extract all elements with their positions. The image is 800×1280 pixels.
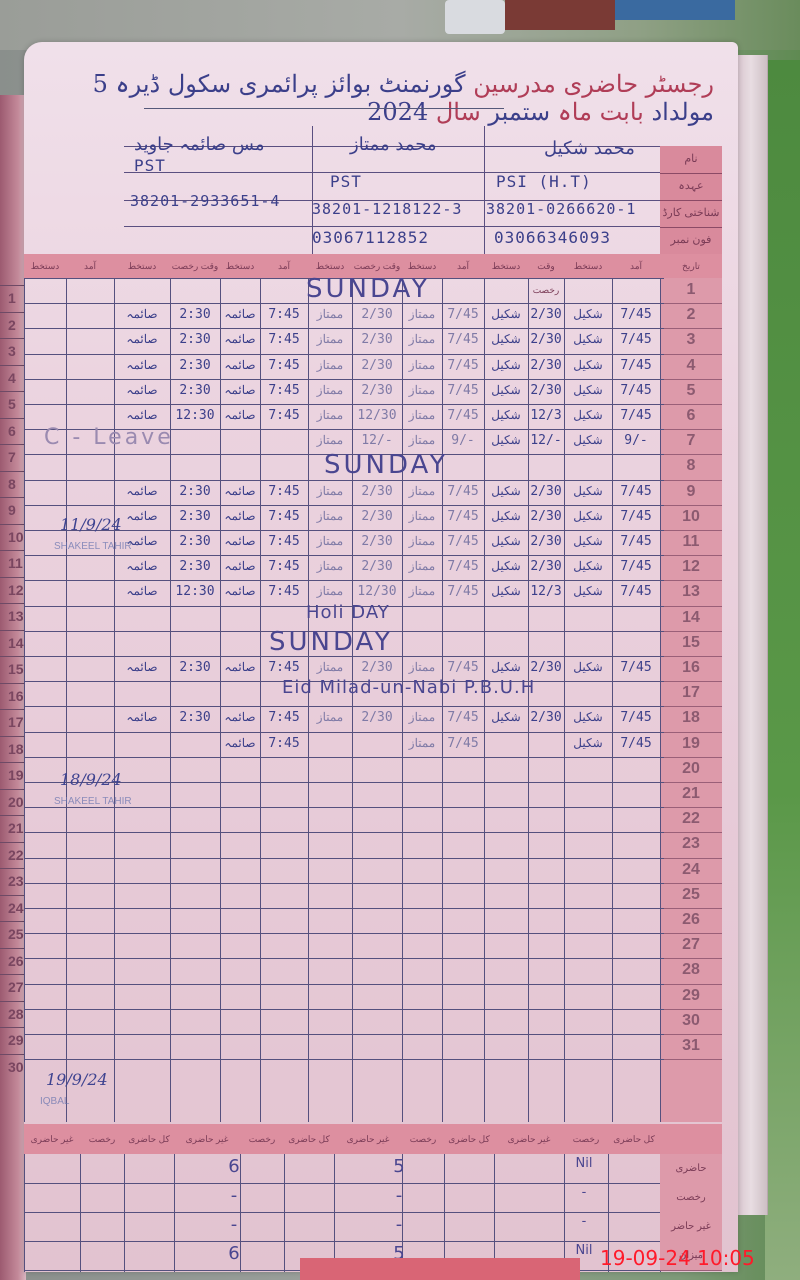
teacher-1-signature-out: شکیل xyxy=(484,307,528,321)
teacher-3-time-out: 2:30 xyxy=(170,307,220,322)
left-page-date: 13 xyxy=(8,608,24,624)
left-page-line xyxy=(0,497,26,498)
teacher-3-signature-in: صائمہ xyxy=(220,509,260,523)
date-cell: 8 xyxy=(660,457,722,475)
left-page-date: 29 xyxy=(8,1032,24,1048)
left-page-line xyxy=(0,762,26,763)
column-header: دستخط xyxy=(484,254,528,278)
date-cell: 15 xyxy=(660,634,722,652)
teacher-3-time-in: 7:45 xyxy=(260,332,308,347)
summary-column-line xyxy=(494,1154,495,1272)
date-row-line xyxy=(660,480,722,481)
left-page-line xyxy=(0,418,26,419)
teacher-2-cnic: 38201-1218122-3 xyxy=(312,200,462,218)
teacher-1-time-in: 9/- xyxy=(612,433,660,448)
teacher-3-time-out: 12:30 xyxy=(170,408,220,423)
grid-row-line xyxy=(24,832,664,833)
teacher-1-time-in: 7/45 xyxy=(612,509,660,524)
label-designation: عہدہ xyxy=(660,173,722,201)
column-header: آمد xyxy=(442,254,484,278)
teacher-2-time-in: 7/45 xyxy=(442,332,484,347)
date-row-line xyxy=(660,606,722,607)
date-row-line xyxy=(660,429,722,430)
c-leave-annotation: C - Leave xyxy=(44,425,174,450)
date-cell: 13 xyxy=(660,583,722,601)
teacher-2-signature-in: ممتاز xyxy=(402,484,442,498)
teacher-1-signature-in: شکیل xyxy=(564,484,612,498)
teacher-1-time-out: 2/30 xyxy=(528,534,564,549)
grid-row-line xyxy=(24,858,664,859)
teacher-1-time-in: 7/45 xyxy=(612,584,660,599)
grid-row-line xyxy=(24,807,664,808)
summary-column-line xyxy=(124,1154,125,1272)
date-row-line xyxy=(660,681,722,682)
teacher-3-time-out: 2:30 xyxy=(170,534,220,549)
teacher-3-signature-in: صائمہ xyxy=(220,559,260,573)
previous-page-edge: 1234567891011121314151617181920212223242… xyxy=(0,95,26,1280)
background-object xyxy=(615,0,735,20)
teacher-2-time-in: 9/- xyxy=(442,433,484,448)
sunday-annotation-15: SUNDAY xyxy=(269,627,393,657)
teacher-3-signature-out: صائمہ xyxy=(114,383,170,397)
title-year: 2024 xyxy=(367,98,428,126)
teacher-1-signature-out: شکیل xyxy=(484,433,528,447)
summary-header: غیر حاضریرخصتکل حاضریغیر حاضریرخصتکل حاض… xyxy=(24,1124,722,1154)
teacher-1-signature-in: شکیل xyxy=(564,584,612,598)
date-cell: 19 xyxy=(660,735,722,753)
teacher-2-signature-out: ممتاز xyxy=(308,358,352,372)
teacher-1-time-in: 7/45 xyxy=(612,736,660,751)
teacher-1-time-in: 7/45 xyxy=(612,332,660,347)
teacher-3-signature-in: صائمہ xyxy=(220,408,260,422)
teacher-2-time-in: 7/45 xyxy=(442,736,484,751)
register-title: رجسٹر حاضری مدرسین گورنمنٹ بوائز پرائمری… xyxy=(84,70,714,126)
date-row-line xyxy=(660,732,722,733)
date-cell: 21 xyxy=(660,785,722,803)
summary-value-teacher-1: - xyxy=(564,1185,604,1200)
teacher-2-time-in: 7/45 xyxy=(442,584,484,599)
teacher-3-time-out: 2:30 xyxy=(170,383,220,398)
summary-column-header: غیر حاضری xyxy=(494,1124,564,1154)
teacher-2-signature-in: ممتاز xyxy=(402,660,442,674)
date-row-line xyxy=(660,958,722,959)
teacher-2-signature-out: ممتاز xyxy=(308,509,352,523)
teacher-2-time-in: 7/45 xyxy=(442,559,484,574)
sunday-annotation-8: SUNDAY xyxy=(324,450,448,480)
teacher-3-time-in: 7:45 xyxy=(260,534,308,549)
teacher-3-signature-out: صائمہ xyxy=(114,307,170,321)
left-page-date: 9 xyxy=(8,502,16,518)
summary-column-header: رخصت xyxy=(80,1124,124,1154)
grid-row-line xyxy=(24,757,664,758)
teacher-2-time-in: 7/45 xyxy=(442,408,484,423)
summary-value-teacher-2: 5 xyxy=(379,1156,419,1177)
date-cell: 1 xyxy=(660,281,722,299)
date-row-line xyxy=(660,505,722,506)
date-cell: 16 xyxy=(660,659,722,677)
left-page-date: 16 xyxy=(8,688,24,704)
left-page-line xyxy=(0,577,26,578)
date-row-line xyxy=(660,1009,722,1010)
date-cell: 28 xyxy=(660,961,722,979)
teacher-1-time-in: 7/45 xyxy=(612,408,660,423)
left-page-date: 3 xyxy=(8,343,16,359)
teacher-3-time-out: 2:30 xyxy=(170,660,220,675)
teacher-3-signature-out: صائمہ xyxy=(114,559,170,573)
grid-row-line xyxy=(24,1034,664,1035)
teacher-1-time-out: 12/3 xyxy=(528,408,564,423)
teacher-2-time-out: 12/- xyxy=(352,433,402,448)
teacher-2-signature-in: ممتاز xyxy=(402,358,442,372)
summary-column-line xyxy=(444,1154,445,1272)
teacher-2-time-out: 2/30 xyxy=(352,332,402,347)
teacher-3-time-in: 7:45 xyxy=(260,307,308,322)
teacher-2-signature-out: ممتاز xyxy=(308,710,352,724)
summary-column-header: غیر حاضری xyxy=(334,1124,402,1154)
teacher-1-signature-out: شکیل xyxy=(484,584,528,598)
date-row-line xyxy=(660,757,722,758)
date-cell: 14 xyxy=(660,609,722,627)
title-year-label: سال xyxy=(436,98,481,126)
teacher-1-signature-in: شکیل xyxy=(564,307,612,321)
title-month-label: بابت ماہ xyxy=(558,98,644,126)
teacher-3-time-in: 7:45 xyxy=(260,584,308,599)
date-cell: 24 xyxy=(660,861,722,879)
eid-milad-annotation-17: Eid Milad-un-Nabi P.B.U.H xyxy=(282,677,535,698)
teacher-1-signature-out: شکیل xyxy=(484,710,528,724)
left-page-line xyxy=(0,974,26,975)
attendance-register-page: رجسٹر حاضری مدرسین گورنمنٹ بوائز پرائمری… xyxy=(24,42,738,1272)
summary-row-label: رخصت xyxy=(660,1183,722,1213)
teacher-3-signature-in: صائمہ xyxy=(220,660,260,674)
teacher-3-signature-in: صائمہ xyxy=(220,484,260,498)
summary-column-header: رخصت xyxy=(240,1124,284,1154)
teacher-3-time-in: 7:45 xyxy=(260,559,308,574)
teacher-1-signature-out: شکیل xyxy=(484,484,528,498)
left-page-date: 12 xyxy=(8,582,24,598)
summary-column-header: رخصت xyxy=(564,1124,608,1154)
date-row-line xyxy=(660,656,722,657)
date-cell: 22 xyxy=(660,810,722,828)
teacher-3-time-out: 2:30 xyxy=(170,559,220,574)
teacher-1-signature-out: شکیل xyxy=(484,358,528,372)
date-cell: 20 xyxy=(660,760,722,778)
date-cell: 30 xyxy=(660,1012,722,1030)
teacher-3-signature-in: صائمہ xyxy=(220,307,260,321)
teacher-3-signature-out: صائمہ xyxy=(114,509,170,523)
teacher-3-cnic: 38201-2933651-4 xyxy=(130,192,280,210)
date-row-line xyxy=(660,580,722,581)
summary-column-header: کل حاضری xyxy=(124,1124,174,1154)
left-page-date: 17 xyxy=(8,714,24,730)
teacher-2-time-in: 7/45 xyxy=(442,484,484,499)
teacher-1-time-out: 2/30 xyxy=(528,358,564,373)
holiday-annotation-14: Holi DAY xyxy=(306,602,390,623)
date-cell: 27 xyxy=(660,936,722,954)
date-cell: 10 xyxy=(660,508,722,526)
teacher-2-time-out: 2/30 xyxy=(352,484,402,499)
teacher-1-signature-in: شکیل xyxy=(564,332,612,346)
teacher-2-time-in: 7/45 xyxy=(442,383,484,398)
teacher-3-signature-out: صائمہ xyxy=(114,484,170,498)
teacher-3-signature-in: صائمہ xyxy=(220,332,260,346)
teacher-3-time-out: 2:30 xyxy=(170,332,220,347)
teacher-1-time-in: 7/45 xyxy=(612,710,660,725)
date-cell: 6 xyxy=(660,407,722,425)
left-page-date: 14 xyxy=(8,635,24,651)
teacher-3-signature-in: صائمہ xyxy=(220,534,260,548)
left-page-line xyxy=(0,1001,26,1002)
teacher-2-time-out: 12/30 xyxy=(352,408,402,423)
teacher-1-time-in: 7/45 xyxy=(612,484,660,499)
left-page-line xyxy=(0,895,26,896)
left-page-date: 7 xyxy=(8,449,16,465)
teacher-2-time-in: 7/45 xyxy=(442,710,484,725)
grid-row-line xyxy=(24,706,664,707)
date-cell: 26 xyxy=(660,911,722,929)
summary-column-line xyxy=(284,1154,285,1272)
left-page-date: 20 xyxy=(8,794,24,810)
column-header: دستخط xyxy=(220,254,260,278)
left-page-line xyxy=(0,550,26,551)
teacher-2-phone: 03067112852 xyxy=(312,228,429,247)
date-row-line xyxy=(660,706,722,707)
date-cell: 11 xyxy=(660,533,722,551)
teacher-1-time-out: 2/30 xyxy=(528,509,564,524)
column-header: وقت رخصت xyxy=(170,254,220,278)
title-printed: رجسٹر حاضری مدرسین xyxy=(473,70,714,98)
grid-row-line xyxy=(24,883,664,884)
date-row-line xyxy=(660,984,722,985)
summary-value-teacher-3: - xyxy=(214,1185,254,1206)
teacher-1-time-out: 2/30 xyxy=(528,332,564,347)
teacher-3-time-in: 7:45 xyxy=(260,710,308,725)
left-page-line xyxy=(0,736,26,737)
teacher-3-time-in: 7:45 xyxy=(260,660,308,675)
teacher-3-name: مس صائمہ جاوید xyxy=(134,134,265,155)
official-stamp: SHAKEEL TAHIR xyxy=(54,541,132,552)
supervisor-signature-date: 19/9/24 xyxy=(46,1070,108,1089)
teacher-2-signature-out: ممتاز xyxy=(308,332,352,346)
date-row-line xyxy=(660,530,722,531)
summary-row-label: غیر حاضر xyxy=(660,1212,722,1242)
label-phone: فون نمبر xyxy=(660,227,722,255)
date-cell: 9 xyxy=(660,483,722,501)
teacher-1-signature-out: شکیل xyxy=(484,383,528,397)
date-cell: 17 xyxy=(660,684,722,702)
label-cnic: شناختی کارڈ xyxy=(660,200,722,228)
teacher-1-time-in: 7/45 xyxy=(612,358,660,373)
summary-value-teacher-1: - xyxy=(564,1214,604,1229)
date-cell: 23 xyxy=(660,835,722,853)
date-cell: 2 xyxy=(660,306,722,324)
left-page-line xyxy=(0,868,26,869)
attendance-grid: 1234567891011121314151617181920212223242… xyxy=(24,278,722,1122)
teacher-2-time-in: 7/45 xyxy=(442,534,484,549)
teacher-3-signature-out: صائمہ xyxy=(114,358,170,372)
date-column: 1234567891011121314151617181920212223242… xyxy=(660,278,722,1122)
teacher-2-signature-in: ممتاز xyxy=(402,408,442,422)
teacher-3-time-out: 12:30 xyxy=(170,584,220,599)
teacher-1-time-out: 2/30 xyxy=(528,484,564,499)
teacher-2-signature-in: ممتاز xyxy=(402,433,442,447)
grid-row-line xyxy=(24,354,664,355)
date-row-line xyxy=(660,908,722,909)
grid-row-line xyxy=(24,958,664,959)
book-page-edges xyxy=(735,55,768,1215)
teacher-2-time-out: 2/30 xyxy=(352,358,402,373)
teacher-2-signature-out: ممتاز xyxy=(308,559,352,573)
teacher-1-signature-out: شکیل xyxy=(484,332,528,346)
grid-row-line xyxy=(24,1009,664,1010)
teacher-2-signature-out: ممتاز xyxy=(308,307,352,321)
teacher-2-time-out: 2/30 xyxy=(352,559,402,574)
teacher-3-signature-in: صائمہ xyxy=(220,584,260,598)
teacher-3-time-out: 2:30 xyxy=(170,710,220,725)
teacher-1-signature-out: شکیل xyxy=(484,559,528,573)
grid-row-line xyxy=(24,933,664,934)
left-page-line xyxy=(0,815,26,816)
left-page-line xyxy=(0,630,26,631)
summary-row-line xyxy=(24,1183,664,1184)
summary-value-teacher-3: 6 xyxy=(214,1156,254,1177)
teacher-3-signature-out: صائمہ xyxy=(114,408,170,422)
teacher-2-time-out: 2/30 xyxy=(352,660,402,675)
summary-column-line xyxy=(334,1154,335,1272)
summary-value-teacher-2: - xyxy=(379,1185,419,1206)
teacher-2-signature-in: ممتاز xyxy=(402,534,442,548)
teacher-2-signature-in: ممتاز xyxy=(402,509,442,523)
grid-row-line xyxy=(24,379,664,380)
table-surface xyxy=(765,60,800,1280)
teacher-2-time-out: 2/30 xyxy=(352,383,402,398)
date-header: تاریخ xyxy=(660,254,722,278)
sunday-annotation-1: SUNDAY xyxy=(306,274,430,304)
left-page-line xyxy=(0,921,26,922)
left-page-date: 27 xyxy=(8,979,24,995)
left-page-date: 25 xyxy=(8,926,24,942)
teacher-3-time-in: 7:45 xyxy=(260,736,308,751)
teacher-3-signature-in: صائمہ xyxy=(220,736,260,750)
left-page-line xyxy=(0,338,26,339)
teacher-2-signature-out: ممتاز xyxy=(308,584,352,598)
teacher-2-time-out: 2/30 xyxy=(352,307,402,322)
teacher-3-time-in: 7:45 xyxy=(260,484,308,499)
teacher-2-time-in: 7/45 xyxy=(442,307,484,322)
date-row-line xyxy=(660,782,722,783)
date-cell: 12 xyxy=(660,558,722,576)
grid-row-line xyxy=(24,328,664,329)
column-header: دستخط xyxy=(114,254,170,278)
teacher-3-time-in: 7:45 xyxy=(260,383,308,398)
teacher-2-time-out: 2/30 xyxy=(352,710,402,725)
teacher-1-signature-in: شکیل xyxy=(564,408,612,422)
teacher-1-signature-in: شکیل xyxy=(564,358,612,372)
teacher-1-signature-in: شکیل xyxy=(564,660,612,674)
teacher-2-time-out: 12/30 xyxy=(352,584,402,599)
teacher-3-signature-out: صائمہ xyxy=(114,332,170,346)
teacher-1-time-out: 2/30 xyxy=(528,660,564,675)
teacher-1-time-out: 12/3 xyxy=(528,584,564,599)
grid-row-line xyxy=(24,908,664,909)
left-page-date: 15 xyxy=(8,661,24,677)
teacher-2-signature-in: ممتاز xyxy=(402,559,442,573)
teacher-2-signature-out: ممتاز xyxy=(308,433,352,447)
grid-row-line xyxy=(24,984,664,985)
left-page-line xyxy=(0,444,26,445)
teacher-3-signature-in: صائمہ xyxy=(220,710,260,724)
info-row-labels: نام عہدہ شناختی کارڈ فون نمبر xyxy=(660,146,722,256)
teacher-1-signature-in: شکیل xyxy=(564,383,612,397)
background-object xyxy=(505,0,615,30)
teacher-2-signature-in: ممتاز xyxy=(402,736,442,750)
teacher-1-signature-in: شکیل xyxy=(564,509,612,523)
left-page-line xyxy=(0,524,26,525)
teacher-1-time-out: 2/30 xyxy=(528,307,564,322)
grid-row-line xyxy=(24,404,664,405)
teacher-2-signature-out: ممتاز xyxy=(308,484,352,498)
left-page-date: 26 xyxy=(8,953,24,969)
grid-row-line xyxy=(24,555,664,556)
date-row-line xyxy=(660,631,722,632)
teacher-1-cnic: 38201-0266620-1 xyxy=(486,200,636,218)
left-page-date: 10 xyxy=(8,529,24,545)
left-page-line xyxy=(0,471,26,472)
teacher-2-time-in: 7/45 xyxy=(442,358,484,373)
official-stamp: IQBAL xyxy=(40,1096,69,1107)
teacher-1-time-out: 12/- xyxy=(528,433,564,448)
date-row-line xyxy=(660,379,722,380)
left-page-date: 8 xyxy=(8,476,16,492)
left-page-date: 28 xyxy=(8,1006,24,1022)
teacher-3-designation: PST xyxy=(134,156,166,175)
teacher-1-signature-in: شکیل xyxy=(564,534,612,548)
title-underline xyxy=(144,108,504,109)
left-page-line xyxy=(0,1054,26,1055)
teacher-1-signature-in: شکیل xyxy=(564,433,612,447)
date-row-line xyxy=(660,883,722,884)
teacher-3-signature-out: صائمہ xyxy=(114,584,170,598)
teacher-1-time-out: 2/30 xyxy=(528,383,564,398)
teacher-1-time-in: 7/45 xyxy=(612,559,660,574)
teacher-1-time-in: 7/45 xyxy=(612,660,660,675)
left-page-line xyxy=(0,656,26,657)
date-cell: 5 xyxy=(660,382,722,400)
teacher-2-signature-out: ممتاز xyxy=(308,660,352,674)
label-name: نام xyxy=(660,146,722,174)
left-page-date: 4 xyxy=(8,370,16,386)
teacher-1-time-in: 7/45 xyxy=(612,383,660,398)
left-page-line xyxy=(0,683,26,684)
official-stamp: SHAKEEL TAHIR xyxy=(54,796,132,807)
teacher-1-signature-in: شکیل xyxy=(564,559,612,573)
summary-value-teacher-1: Nil xyxy=(564,1156,604,1171)
teacher-1-signature-in: شکیل xyxy=(564,736,612,750)
teacher-1-signature-out: شکیل xyxy=(484,408,528,422)
teacher-3-time-out: 2:30 xyxy=(170,358,220,373)
teacher-3-time-in: 7:45 xyxy=(260,408,308,423)
left-page-line xyxy=(0,391,26,392)
summary-value-teacher-2: - xyxy=(379,1214,419,1235)
date-cell: 18 xyxy=(660,709,722,727)
teacher-1-designation: PSI (H.T) xyxy=(496,172,592,191)
left-page-date: 22 xyxy=(8,847,24,863)
teacher-2-signature-in: ممتاز xyxy=(402,307,442,321)
teacher-3-signature-out: صائمہ xyxy=(114,710,170,724)
teacher-3-signature-out: صائمہ xyxy=(114,660,170,674)
teacher-2-name: محمد ممتاز xyxy=(350,134,437,155)
left-page-date: 2 xyxy=(8,317,16,333)
